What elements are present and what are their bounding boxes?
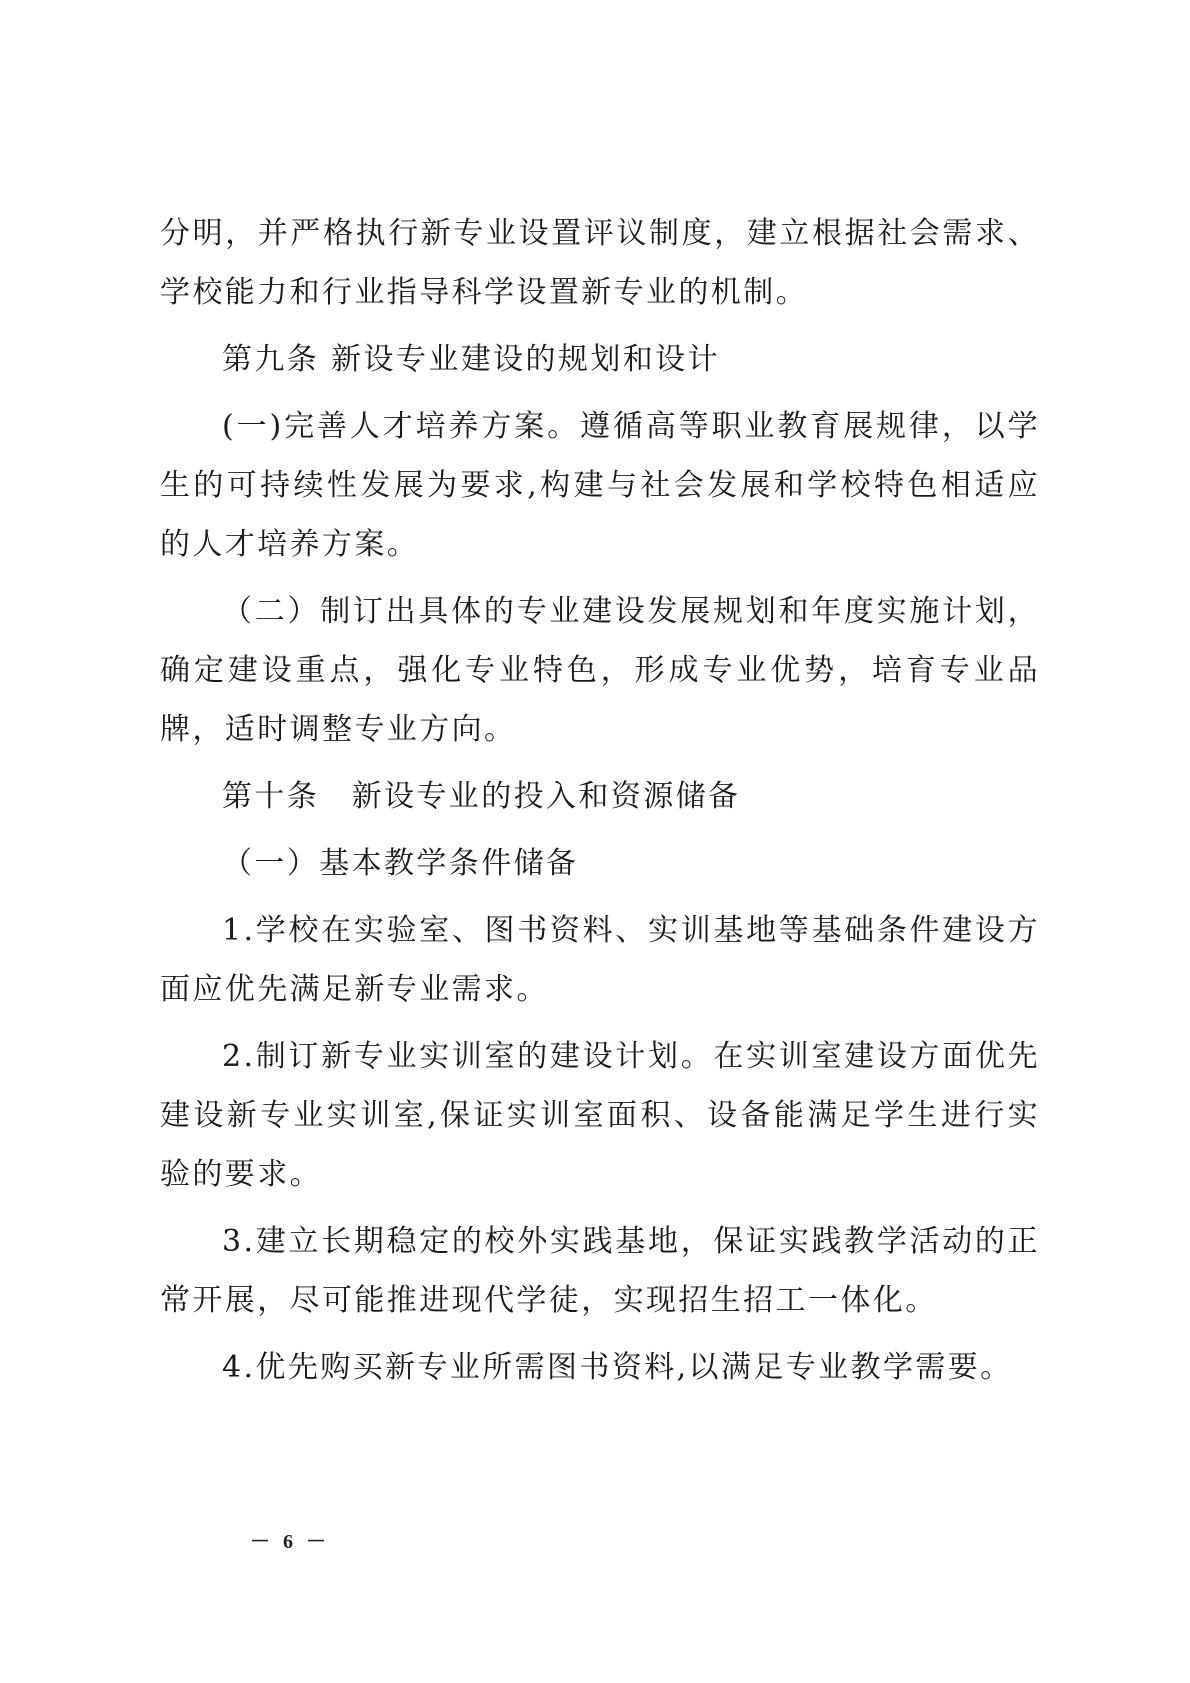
- list-item-2: 2.制订新专业实训室的建设计划。在实训室建设方面优先建设新专业实训室,保证实训室…: [160, 1027, 1040, 1204]
- article-heading-10: 第十条 新设专业的投入和资源储备: [160, 767, 1040, 826]
- paragraph-item-2: （二）制订出具体的专业建设发展规划和年度实施计划，确定建设重点，强化专业特色，形…: [160, 582, 1040, 759]
- paragraph-item-1: (一)完善人才培养方案。遵循高等职业教育展规律，以学生的可持续性发展为要求,构建…: [160, 397, 1040, 574]
- document-page: 分明，并严格执行新专业设置评议制度，建立根据社会需求、学校能力和行业指导科学设置…: [0, 0, 1190, 1683]
- subheading-basic-conditions: （一）基本教学条件储备: [160, 834, 1040, 893]
- document-body: 分明，并严格执行新专业设置评议制度，建立根据社会需求、学校能力和行业指导科学设置…: [160, 204, 1040, 1405]
- list-item-1: 1.学校在实验室、图书资料、实训基地等基础条件建设方面应优先满足新专业需求。: [160, 901, 1040, 1019]
- paragraph-continuation: 分明，并严格执行新专业设置评议制度，建立根据社会需求、学校能力和行业指导科学设置…: [160, 204, 1040, 322]
- page-number: － 6 －: [250, 1525, 330, 1554]
- article-heading-9: 第九条 新设专业建设的规划和设计: [160, 330, 1040, 389]
- list-item-3: 3.建立长期稳定的校外实践基地，保证实践教学活动的正常开展，尽可能推进现代学徒，…: [160, 1212, 1040, 1330]
- list-item-4: 4.优先购买新专业所需图书资料,以满足专业教学需要。: [160, 1338, 1040, 1397]
